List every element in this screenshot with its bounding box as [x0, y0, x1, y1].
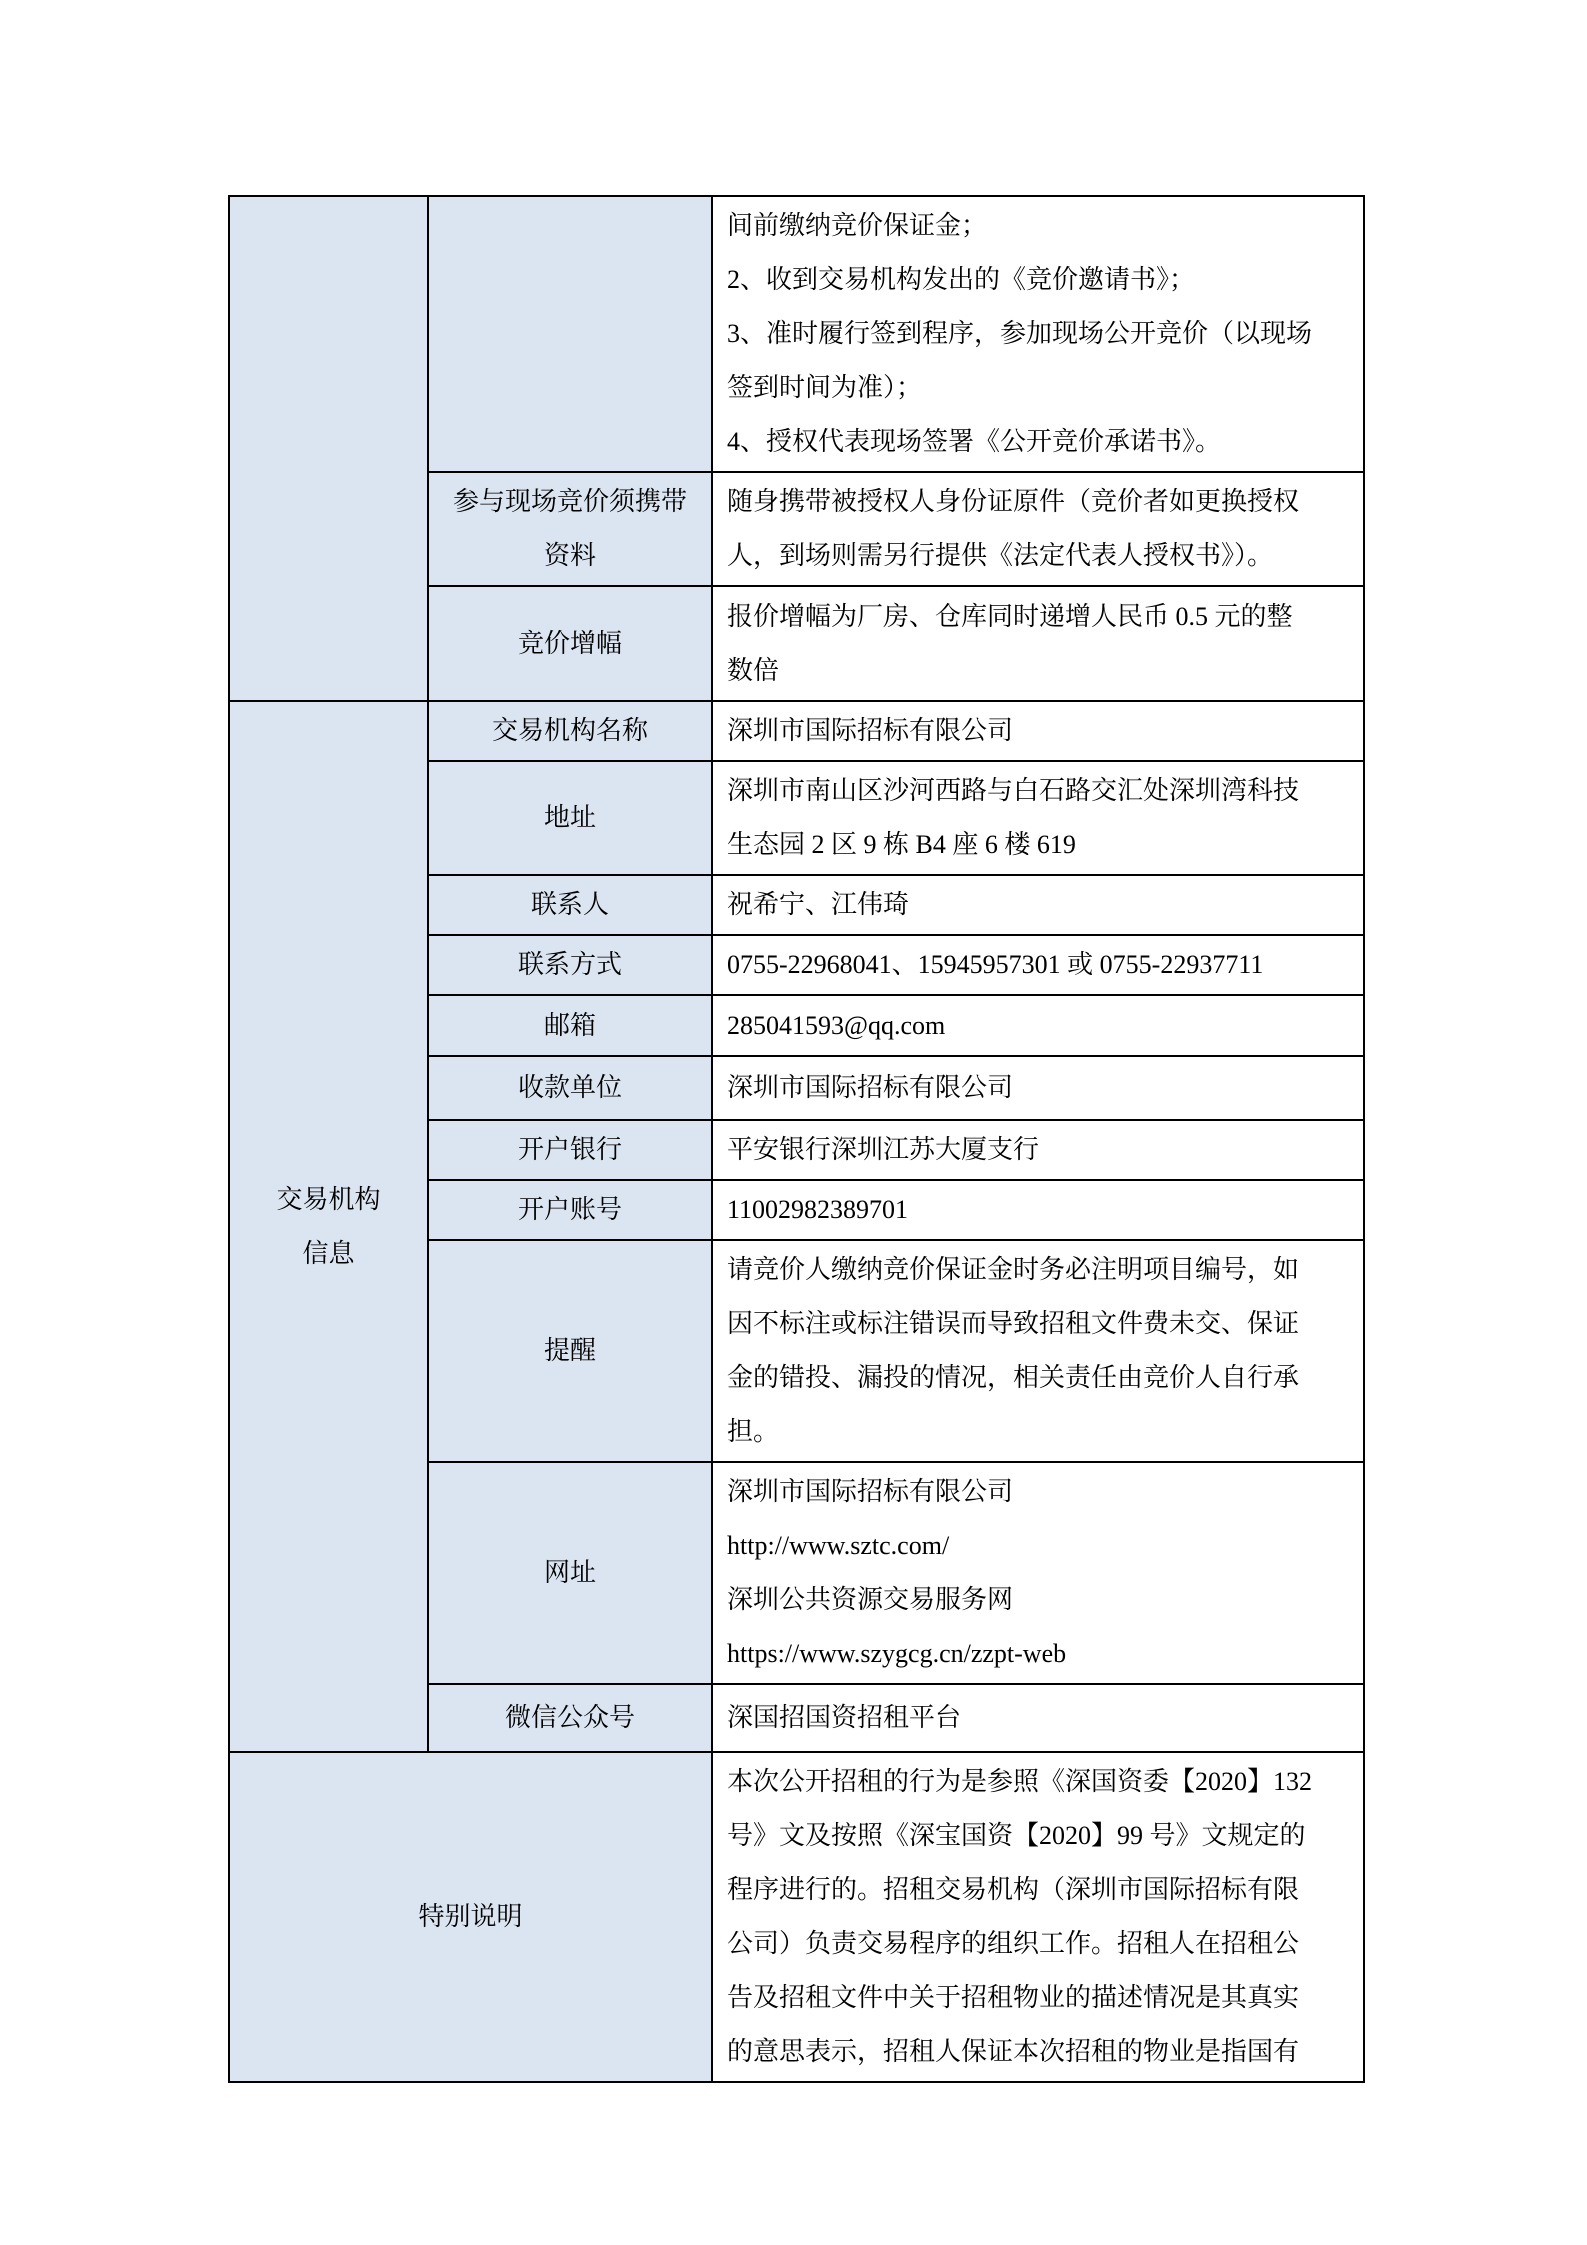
label-bank: 开户银行 — [428, 1120, 712, 1180]
label-bidding-materials: 参与现场竞价须携带 资料 — [428, 472, 712, 586]
label-contact-phone: 联系方式 — [428, 935, 712, 995]
value-email: 285041593@qq.com — [712, 995, 1364, 1056]
label-payee: 收款单位 — [428, 1056, 712, 1120]
label-account-number: 开户账号 — [428, 1180, 712, 1240]
label-wechat: 微信公众号 — [428, 1684, 712, 1752]
value-wechat: 深国招国资招租平台 — [712, 1684, 1364, 1752]
label-bid-increment: 竞价增幅 — [428, 586, 712, 701]
value-special-note: 本次公开招租的行为是参照《深国资委【2020】132 号》文及按照《深宝国资【2… — [712, 1752, 1364, 2082]
group-cell-blank — [229, 196, 428, 701]
document-page: 间前缴纳竞价保证金； 2、收到交易机构发出的《竞价邀请书》； 3、准时履行签到程… — [0, 0, 1587, 2245]
table-row: 特别说明 本次公开招租的行为是参照《深国资委【2020】132 号》文及按照《深… — [229, 1752, 1364, 2082]
value-agency-name: 深圳市国际招标有限公司 — [712, 701, 1364, 761]
auction-info-table: 间前缴纳竞价保证金； 2、收到交易机构发出的《竞价邀请书》； 3、准时履行签到程… — [228, 195, 1365, 2083]
table-row: 间前缴纳竞价保证金； 2、收到交易机构发出的《竞价邀请书》； 3、准时履行签到程… — [229, 196, 1364, 472]
value-contact-phone: 0755-22968041、15945957301 或 0755-2293771… — [712, 935, 1364, 995]
label-website: 网址 — [428, 1462, 712, 1684]
group-label-agency-info: 交易机构 信息 — [229, 701, 428, 1752]
label-reminder: 提醒 — [428, 1240, 712, 1462]
table-row: 交易机构 信息 交易机构名称 深圳市国际招标有限公司 — [229, 701, 1364, 761]
value-payee: 深圳市国际招标有限公司 — [712, 1056, 1364, 1120]
label-address: 地址 — [428, 761, 712, 875]
value-reminder: 请竞价人缴纳竞价保证金时务必注明项目编号，如 因不标注或标注错误而导致招租文件费… — [712, 1240, 1364, 1462]
value-website: 深圳市国际招标有限公司 http://www.sztc.com/ 深圳公共资源交… — [712, 1462, 1364, 1684]
value-bank: 平安银行深圳江苏大厦支行 — [712, 1120, 1364, 1180]
label-email: 邮箱 — [428, 995, 712, 1056]
label-contact-person: 联系人 — [428, 875, 712, 935]
value-bidding-materials: 随身携带被授权人身份证原件（竞价者如更换授权 人，到场则需另行提供《法定代表人授… — [712, 472, 1364, 586]
value-contact-person: 祝希宁、江伟琦 — [712, 875, 1364, 935]
value-account-number: 11002982389701 — [712, 1180, 1364, 1240]
label-agency-name: 交易机构名称 — [428, 701, 712, 761]
label-special-note: 特别说明 — [229, 1752, 712, 2082]
value-address: 深圳市南山区沙河西路与白石路交汇处深圳湾科技 生态园 2 区 9 栋 B4 座 … — [712, 761, 1364, 875]
continuation-content: 间前缴纳竞价保证金； 2、收到交易机构发出的《竞价邀请书》； 3、准时履行签到程… — [712, 196, 1364, 472]
continuation-label-blank — [428, 196, 712, 472]
value-bid-increment: 报价增幅为厂房、仓库同时递增人民币 0.5 元的整 数倍 — [712, 586, 1364, 701]
